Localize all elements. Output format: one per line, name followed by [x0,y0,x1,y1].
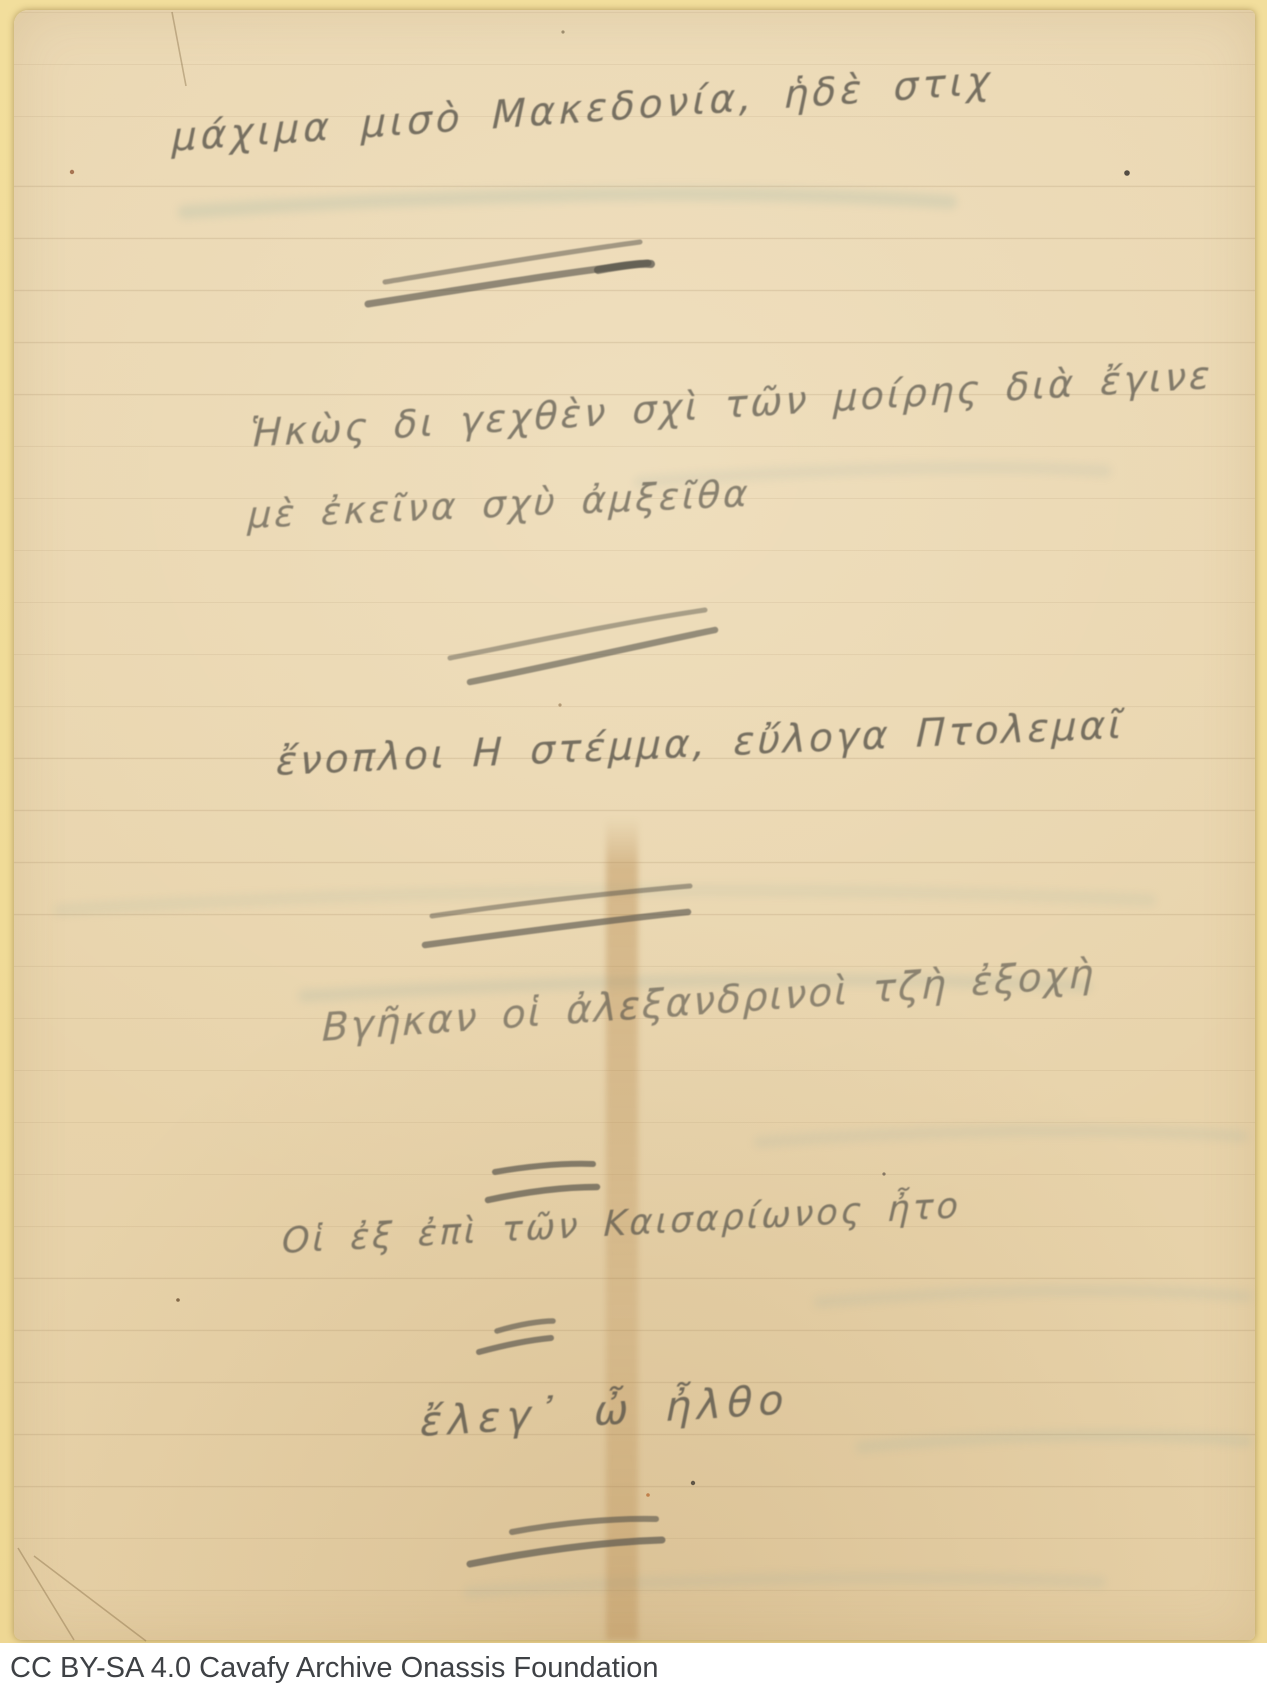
manuscript-scan: μάχιμα μισὸ Μακεδονία, ἡδὲ στιχ Ἡκὼς δι … [0,0,1267,1694]
pencil-marks-layer [0,0,1267,1694]
paper-specks [70,30,1130,1496]
separator-5-stroke [497,1321,553,1331]
separator-4-stroke [488,1187,597,1200]
separator-3-stroke [432,886,690,916]
separator-4-stroke [495,1164,593,1172]
separator-6-stroke [470,1540,662,1564]
speck [882,1172,885,1175]
corner-crease [34,1556,146,1641]
license-caption-bar: CC BY-SA 4.0 Cavafy Archive Onassis Foun… [0,1643,1267,1694]
separator-1-stroke [385,242,640,282]
speck [558,703,561,706]
corner-crease [18,1548,74,1640]
speck [70,170,74,174]
separator-1-stroke [598,264,651,270]
separator-6-stroke [512,1519,656,1532]
separator-3-stroke [425,912,688,945]
speck [1124,170,1130,176]
corner-crease [172,12,186,86]
speck [691,1481,695,1485]
separator-5-stroke [479,1338,551,1352]
license-caption: CC BY-SA 4.0 Cavafy Archive Onassis Foun… [0,1652,659,1685]
speck [176,1298,180,1302]
speck [646,1493,650,1497]
separator-2-stroke [450,610,705,658]
speck [561,30,564,33]
separator-2-stroke [470,630,715,682]
